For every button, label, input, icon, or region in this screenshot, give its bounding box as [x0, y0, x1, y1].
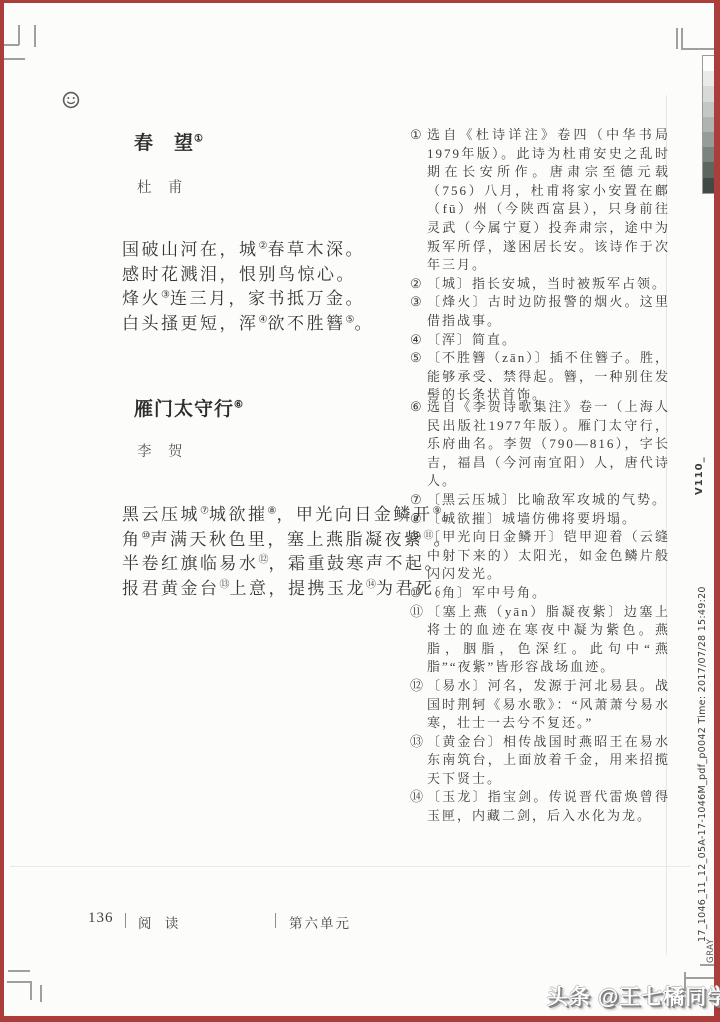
annotation-text: 〔城欲摧〕城墙仿佛将要坍塌。	[427, 510, 670, 529]
crop-mark	[8, 970, 30, 972]
grayscale-cell	[703, 162, 716, 177]
crop-mark	[681, 28, 683, 49]
grayscale-cell	[703, 56, 716, 71]
grayscale-cell	[703, 147, 716, 162]
annotation-item: ⑨ 〔甲光向日金鳞开〕铠甲迎着（云缝中射下来的）太阳光，如金色鳞片般闪闪发光。	[410, 528, 670, 584]
annotation-text: 〔黄金台〕相传战国时燕昭王在易水东南筑台，上面放着千金，用来招揽天下贤士。	[427, 733, 670, 789]
crop-mark	[681, 48, 714, 50]
crop-mark	[34, 25, 36, 47]
press-gray-label: GRAY	[706, 939, 716, 964]
footer-divider	[275, 913, 276, 928]
annotation-number: ④	[410, 331, 427, 350]
annotation-number: ⑥	[410, 398, 427, 491]
annotation-text: 选自《李贺诗歌集注》卷一（上海人民出版社1977年版）。雁门太守行，乐府曲名。李…	[427, 398, 670, 491]
grayscale-cell	[703, 102, 716, 117]
annotation-text: 〔不胜簪（zān）〕插不住簪子。胜，能够承受、禁得起。簪，一种别住发髻的长条状首…	[427, 349, 670, 405]
annotation-text: 选自《杜诗详注》卷四（中华书局1979年版）。此诗为杜甫安史之乱时期在长安所作。…	[427, 126, 670, 275]
annotation-item: ① 选自《杜诗详注》卷四（中华书局1979年版）。此诗为杜甫安史之乱时期在长安所…	[410, 126, 670, 275]
grayscale-cell	[703, 86, 716, 101]
crop-mark	[30, 981, 32, 1000]
crop-mark	[3, 44, 19, 46]
annotation-text: 〔浑〕简直。	[427, 331, 670, 350]
annotation-item: ⑫ 〔易水〕河名，发源于河北易县。战国时荆轲《易水歌》：“风萧萧兮易水寒，壮士一…	[410, 677, 670, 733]
annotation-text: 〔角〕军中号角。	[427, 584, 670, 603]
annotations-poem2: ⑥ 选自《李贺诗歌集注》卷一（上海人民出版社1977年版）。雁门太守行，乐府曲名…	[410, 398, 670, 826]
grayscale-cell	[703, 178, 716, 193]
annotation-number: ⑩	[410, 584, 427, 603]
annotation-number: ⑧	[410, 510, 427, 529]
grayscale-calibration-strip	[702, 55, 717, 194]
scan-crease-line	[10, 866, 690, 867]
press-version-label: V110_	[694, 456, 705, 495]
footer-unit-label: 第六单元	[289, 912, 351, 932]
poem-line: 国破山河在，城②春草木深。	[122, 238, 374, 263]
grayscale-cell	[703, 117, 716, 132]
annotation-number: ⑨	[410, 528, 427, 584]
grayscale-cell	[703, 132, 716, 147]
annotation-item: ② 〔城〕指长安城，当时被叛军占领。	[410, 275, 670, 294]
crop-mark	[7, 981, 31, 983]
annotation-number: ③	[410, 293, 427, 330]
annotation-number: ①	[410, 126, 427, 275]
annotation-number: ⑭	[410, 788, 427, 825]
annotations-poem1: ① 选自《杜诗详注》卷四（中华书局1979年版）。此诗为杜甫安史之乱时期在长安所…	[410, 126, 670, 405]
poem2-title: 雁门太守行⑥	[134, 394, 243, 421]
poem1-author: 杜 甫	[137, 176, 184, 197]
crop-mark	[686, 977, 714, 979]
poem-line: 白头搔更短，浑④欲不胜簪⑤。	[122, 312, 374, 337]
smiley-icon	[62, 91, 80, 109]
annotation-item: ⑤ 〔不胜簪（zān）〕插不住簪子。胜，能够承受、禁得起。簪，一种别住发髻的长条…	[410, 349, 670, 405]
annotation-item: ⑥ 选自《李贺诗歌集注》卷一（上海人民出版社1977年版）。雁门太守行，乐府曲名…	[410, 398, 670, 491]
annotation-item: ⑦ 〔黑云压城〕比喻敌军攻城的气势。	[410, 491, 670, 510]
annotation-text: 〔烽火〕古时边防报警的烟火。这里借指战事。	[427, 293, 670, 330]
textbook-page: 春 望① 杜 甫 国破山河在，城②春草木深。感时花溅泪，恨别鸟惊心。烽火③连三月…	[0, 0, 720, 1022]
crop-mark	[676, 28, 678, 49]
annotation-item: ④ 〔浑〕简直。	[410, 331, 670, 350]
annotation-text: 〔易水〕河名，发源于河北易县。战国时荆轲《易水歌》：“风萧萧兮易水寒，壮士一去兮…	[427, 677, 670, 733]
watermark-text: 头条 @王七橘同学	[547, 981, 720, 1011]
crop-mark	[18, 25, 20, 45]
crop-mark	[40, 985, 42, 1002]
annotation-number: ⑬	[410, 733, 427, 789]
annotation-item: ⑪ 〔塞上燕（yān）脂凝夜紫〕边塞上将士的血迹在寒夜中凝为紫色。燕脂，胭脂，色…	[410, 603, 670, 677]
annotation-number: ②	[410, 275, 427, 294]
poem1-lines: 国破山河在，城②春草木深。感时花溅泪，恨别鸟惊心。烽火③连三月，家书抵万金。白头…	[122, 238, 374, 336]
poem1-title: 春 望①	[134, 128, 203, 155]
page-number: 136	[88, 910, 114, 927]
annotation-text: 〔甲光向日金鳞开〕铠甲迎着（云缝中射下来的）太阳光，如金色鳞片般闪闪发光。	[427, 528, 670, 584]
annotation-item: ⑭ 〔玉龙〕指宝剑。传说晋代雷焕曾得玉匣，内藏二剑，后入水化为龙。	[410, 788, 670, 825]
grayscale-cell	[703, 71, 716, 86]
annotation-item: ⑧ 〔城欲摧〕城墙仿佛将要坍塌。	[410, 510, 670, 529]
footer-divider	[125, 913, 126, 928]
page-footer: 136 阅 读 第六单元	[0, 910, 720, 934]
annotation-text: 〔玉龙〕指宝剑。传说晋代雷焕曾得玉匣，内藏二剑，后入水化为龙。	[427, 788, 670, 825]
crop-mark	[3, 58, 25, 60]
annotation-text: 〔塞上燕（yān）脂凝夜紫〕边塞上将士的血迹在寒夜中凝为紫色。燕脂，胭脂，色深红…	[427, 603, 670, 677]
poem-line: 感时花溅泪，恨别鸟惊心。	[122, 263, 374, 288]
annotation-text: 〔黑云压城〕比喻敌军攻城的气势。	[427, 491, 670, 510]
poem-line: 烽火③连三月，家书抵万金。	[122, 287, 374, 312]
crop-mark	[700, 964, 714, 966]
footer-section-label: 阅 读	[138, 912, 183, 932]
annotation-item: ③ 〔烽火〕古时边防报警的烟火。这里借指战事。	[410, 293, 670, 330]
annotation-text: 〔城〕指长安城，当时被叛军占领。	[427, 275, 670, 294]
poem2-author: 李 贺	[137, 440, 184, 461]
annotation-number: ⑦	[410, 491, 427, 510]
annotation-number: ⑤	[410, 349, 427, 405]
annotation-item: ⑬ 〔黄金台〕相传战国时燕昭王在易水东南筑台，上面放着千金，用来招揽天下贤士。	[410, 733, 670, 789]
annotation-number: ⑫	[410, 677, 427, 733]
annotation-number: ⑪	[410, 603, 427, 677]
annotation-item: ⑩ 〔角〕军中号角。	[410, 584, 670, 603]
press-file-code: 17_1046_11_12_05A-17-1046M_pdf_p0042 Tim…	[697, 586, 708, 942]
